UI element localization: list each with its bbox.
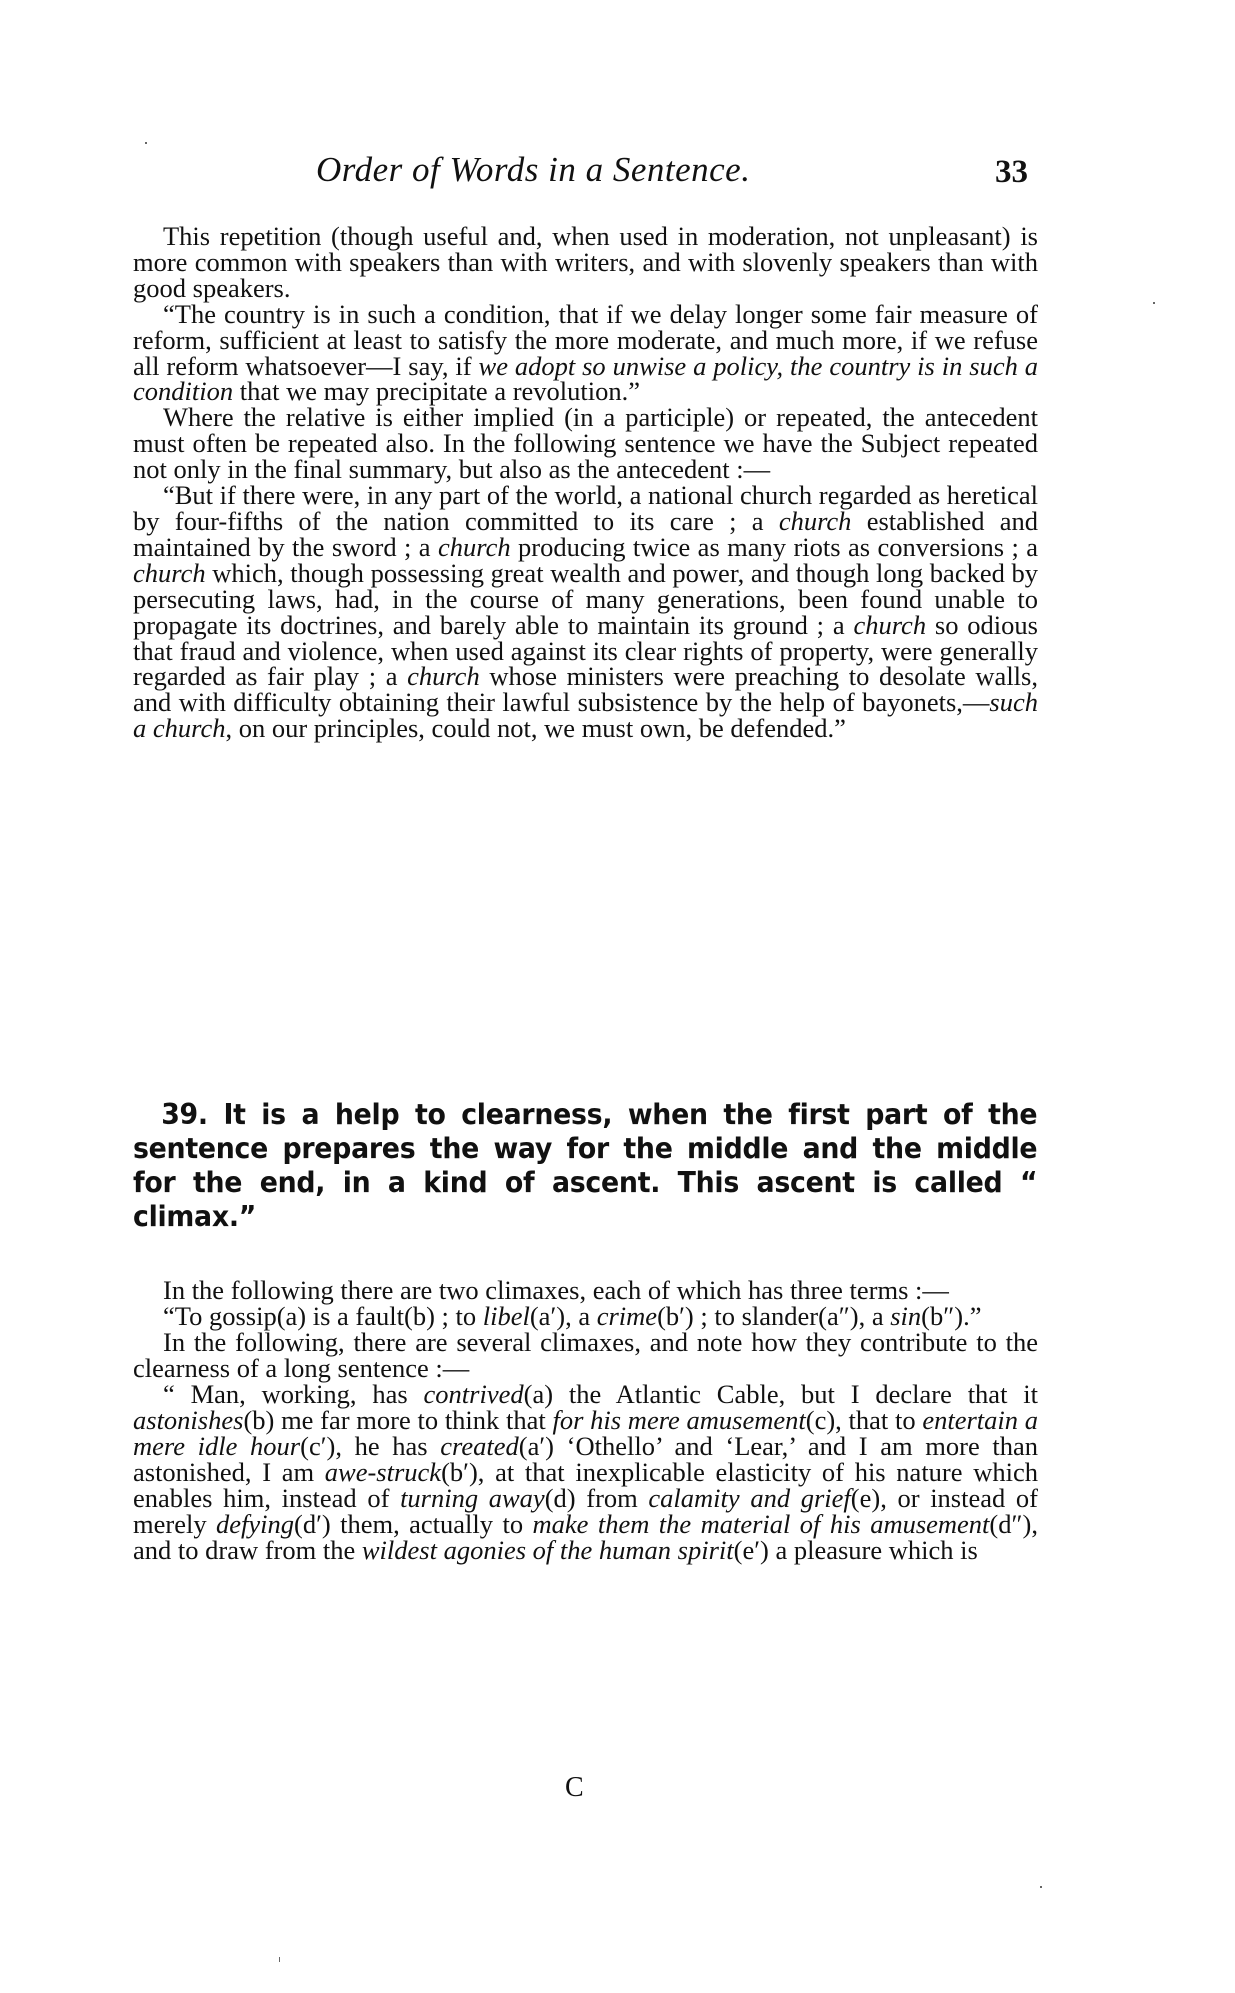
section-heading: 39. It is a help to clearness, when the … xyxy=(133,1098,1037,1234)
body-text-part-2: In the following there are two climaxes,… xyxy=(133,1277,1038,1563)
paragraph: “ Man, working, has contrived(a) the Atl… xyxy=(133,1381,1038,1563)
text-run: In the following, there are several clim… xyxy=(133,1327,1038,1383)
section-number: 39. xyxy=(161,1098,208,1131)
paragraph: “The country is in such a condition, tha… xyxy=(133,302,1038,406)
running-head: Order of Words in a Sentence. 33 xyxy=(133,150,1038,194)
paragraph: “To gossip(a) is a fault(b) ; to libel(a… xyxy=(133,1303,1038,1329)
paragraph: Where the relative is either implied (in… xyxy=(133,405,1038,483)
text-run: (e′) a pleasure which is xyxy=(734,1535,978,1565)
scan-speck xyxy=(279,1957,280,1962)
text-run: , on our principles, could not, we must … xyxy=(225,713,845,743)
scan-speck xyxy=(1040,1886,1042,1888)
italic-emphasis: wildest agonies of the human spirit xyxy=(362,1535,734,1565)
text-run: This repetition (though useful and, when… xyxy=(133,221,1038,303)
paragraph: This repetition (though useful and, when… xyxy=(133,224,1038,302)
running-title: Order of Words in a Sentence. xyxy=(316,150,750,190)
paragraph: In the following, there are several clim… xyxy=(133,1329,1038,1381)
paragraph: In the following there are two climaxes,… xyxy=(133,1277,1038,1303)
signature-mark: C xyxy=(565,1772,584,1804)
page-number: 33 xyxy=(995,154,1028,191)
scan-speck xyxy=(145,142,147,144)
paragraph: “But if there were, in any part of the w… xyxy=(133,483,1038,742)
body-text-part-1: This repetition (though useful and, when… xyxy=(133,224,1038,742)
scan-speck xyxy=(1153,302,1155,304)
section-heading-text: It is a help to clearness, when the firs… xyxy=(133,1098,1037,1233)
text-run: Where the relative is either implied (in… xyxy=(133,402,1038,484)
